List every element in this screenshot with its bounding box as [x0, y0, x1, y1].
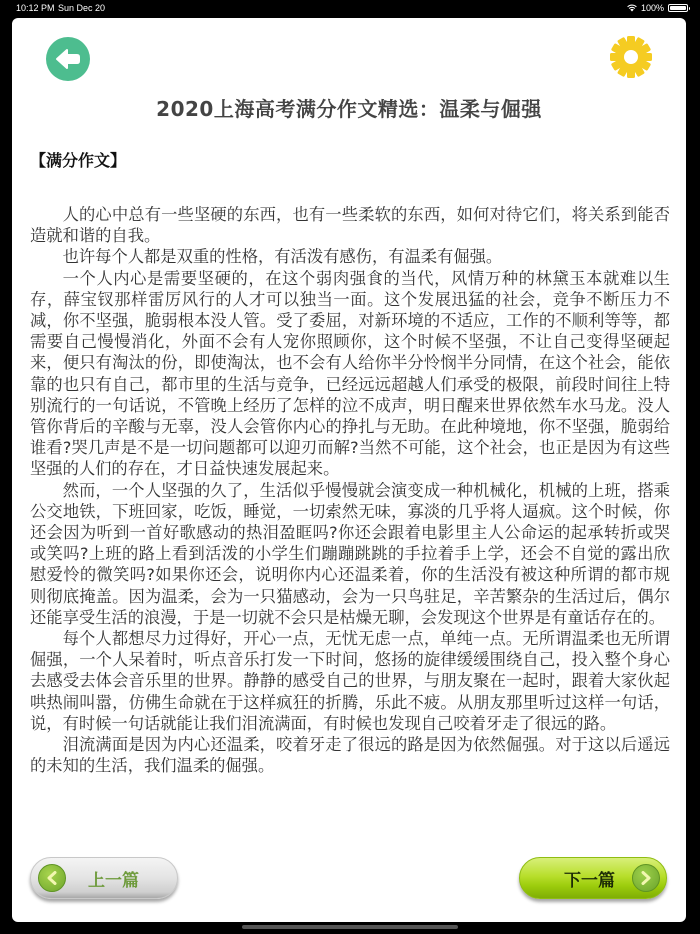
arrow-left-icon [55, 48, 81, 70]
battery-icon [668, 4, 688, 12]
settings-button[interactable] [608, 34, 654, 80]
status-bar: 10:12 PM Sun Dec 20 100% [0, 0, 700, 18]
section-heading: 【满分作文】 [30, 148, 126, 171]
status-time: 10:12 PM [16, 3, 55, 13]
wifi-icon [627, 4, 637, 12]
article-paragraph: 泪流满面是因为内心还温柔，咬着牙走了很远的路是因为依然倔强。对于这以后遥远的未知… [30, 734, 670, 776]
home-indicator[interactable] [242, 925, 458, 929]
back-button[interactable] [46, 37, 90, 81]
previous-article-button[interactable]: 上一篇 [30, 857, 178, 899]
next-article-button[interactable]: 下一篇 [519, 857, 667, 899]
status-indicators: 100% [627, 3, 688, 13]
page-title: 2020上海高考满分作文精选：温柔与倔强 [12, 93, 686, 122]
gear-icon [608, 34, 654, 80]
next-label: 下一篇 [564, 866, 615, 891]
chevron-left-icon [38, 864, 66, 892]
article-paragraph: 然而，一个人坚强的久了，生活似乎慢慢就会演变成一种机械化，机械的上班，搭乘公交地… [30, 480, 670, 628]
article-paragraph: 也许每个人都是双重的性格，有活泼有感伤，有温柔有倔强。 [30, 246, 670, 267]
battery-percent: 100% [641, 3, 664, 13]
previous-label: 上一篇 [88, 866, 139, 891]
status-date: Sun Dec 20 [58, 3, 105, 13]
app-screen: 2020上海高考满分作文精选：温柔与倔强 【满分作文】 人的心中总有一些坚硬的东… [12, 18, 686, 922]
article-body: 人的心中总有一些坚硬的东西，也有一些柔软的东西，如何对待它们，将关系到能否造就和… [30, 204, 670, 776]
chevron-right-icon [632, 864, 660, 892]
article-paragraph: 人的心中总有一些坚硬的东西，也有一些柔软的东西，如何对待它们，将关系到能否造就和… [30, 204, 670, 246]
article-paragraph: 一个人内心是需要坚硬的，在这个弱肉强食的当代，风情万种的林黛玉本就难以生存，薛宝… [30, 268, 670, 480]
article-paragraph: 每个人都想尽力过得好，开心一点，无忧无虑一点，单纯一点。无所谓温柔也无所谓倔强，… [30, 628, 670, 734]
